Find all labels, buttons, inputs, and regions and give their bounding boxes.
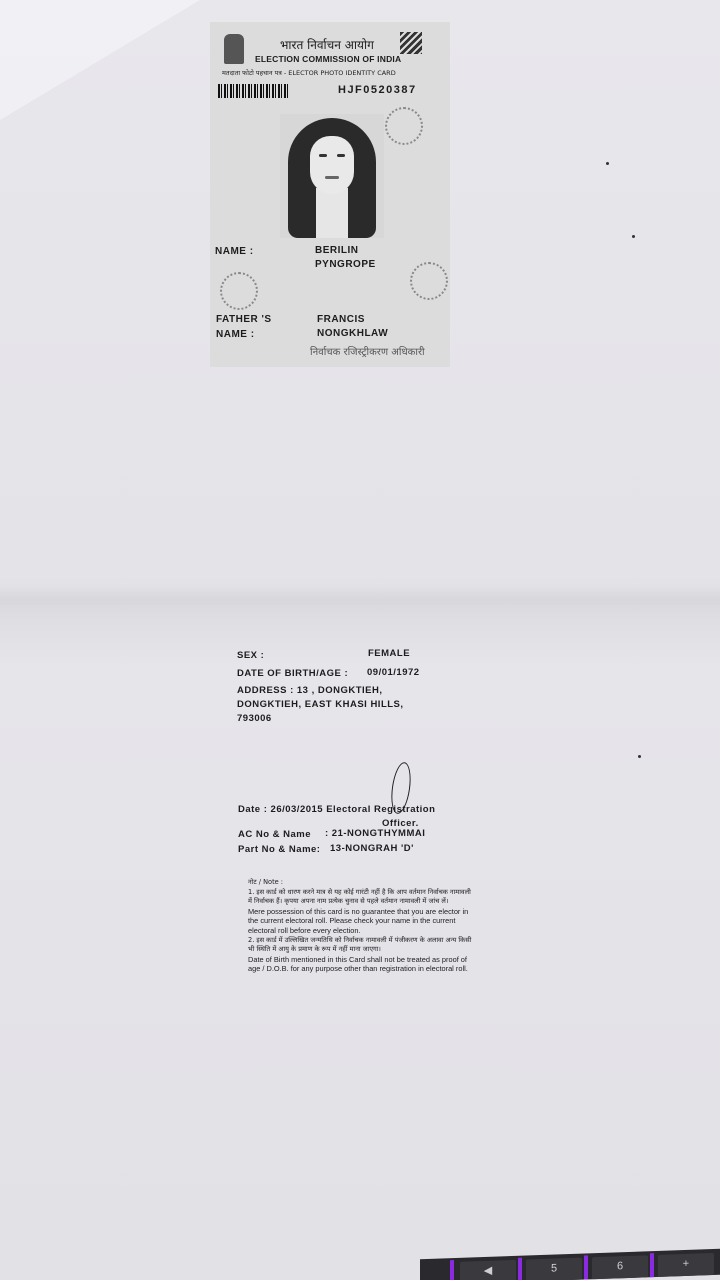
address-line3: 793006: [237, 711, 272, 726]
barcode: [218, 84, 290, 98]
dob-label: DATE OF BIRTH/AGE :: [237, 666, 348, 681]
note2-english: Date of Birth mentioned in this Card sha…: [248, 955, 474, 974]
paper-corner-shadow: [0, 0, 200, 120]
photo-face: [310, 136, 354, 194]
key-backlight: [584, 1255, 588, 1279]
voter-id-front: भारत निर्वाचन आयोग ELECTION COMMISSION O…: [210, 22, 450, 367]
issue-date: Date : 26/03/2015 Electoral Registration: [238, 802, 435, 817]
father-name-line2: NONGKHLAW: [317, 327, 388, 341]
photo-neck: [316, 188, 348, 238]
keyboard-key: 6: [592, 1255, 648, 1279]
note1-hindi: 1. इस कार्ड को धारण करने मात्र से यह कोई…: [248, 888, 474, 907]
name-line2: PYNGROPE: [315, 258, 376, 272]
note-block: नोट / Note : 1. इस कार्ड को धारण करने मा…: [248, 878, 474, 974]
father-label-line2: NAME :: [216, 329, 255, 340]
father-name-line1: FRANCIS: [317, 313, 365, 327]
speck: [638, 755, 641, 758]
eye-icon: [337, 154, 345, 157]
part-value: 13-NONGRAH 'D': [330, 841, 414, 856]
address-line2: DONGKTIEH, EAST KHASI HILLS,: [237, 697, 404, 712]
swirl-pattern: [385, 107, 423, 145]
epic-number: HJF0520387: [338, 84, 417, 96]
note2-hindi: 2. इस कार्ड में उल्लिखित जन्मतिथि को निर…: [248, 936, 474, 955]
dob-value: 09/01/1972: [367, 665, 420, 680]
swirl-pattern: [220, 272, 258, 310]
swirl-pattern: [410, 262, 448, 300]
sex-value: FEMALE: [368, 646, 410, 661]
paper-fold: [0, 585, 720, 615]
lips: [325, 176, 339, 179]
keyboard-key: ◀: [460, 1260, 516, 1280]
ac-label: AC No & Name: [238, 827, 311, 842]
header-hindi: भारत निर्वाचन आयोग: [280, 36, 374, 53]
eye-icon: [319, 154, 327, 157]
address-line1: ADDRESS : 13 , DONGKTIEH,: [237, 683, 383, 698]
speck: [632, 235, 635, 238]
sex-label: SEX :: [237, 648, 264, 663]
speck: [606, 162, 609, 165]
header-english: ELECTION COMMISSION OF INDIA: [255, 54, 401, 64]
eci-logo-icon: [400, 32, 422, 54]
keyboard-key: 5: [526, 1258, 582, 1280]
ac-value: : 21-NONGTHYMMAI: [325, 826, 425, 841]
keyboard-edge: ◀ 5 6 +: [420, 1249, 720, 1280]
note-title: नोट / Note :: [248, 878, 474, 888]
card-subheader: मतदाता फोटो पहचान पत्र - ELECTOR PHOTO I…: [222, 68, 396, 77]
name-label: NAME :: [215, 246, 254, 257]
father-label-line1: FATHER 'S: [216, 314, 272, 325]
keyboard-key: +: [658, 1253, 714, 1277]
signature-hindi: निर्वाचक रजिस्ट्रीकरण अधिकारी: [310, 344, 425, 358]
note1-english: Mere possession of this card is no guara…: [248, 907, 474, 936]
national-emblem-icon: [224, 34, 244, 64]
name-line1: BERILIN: [315, 244, 359, 258]
key-backlight: [650, 1253, 654, 1277]
voter-id-back: SEX : FEMALE DATE OF BIRTH/AGE : 09/01/1…: [230, 642, 480, 1022]
part-label: Part No & Name:: [238, 842, 320, 857]
key-backlight: [518, 1258, 522, 1280]
holder-photo: [280, 114, 384, 238]
key-backlight: [450, 1260, 454, 1280]
